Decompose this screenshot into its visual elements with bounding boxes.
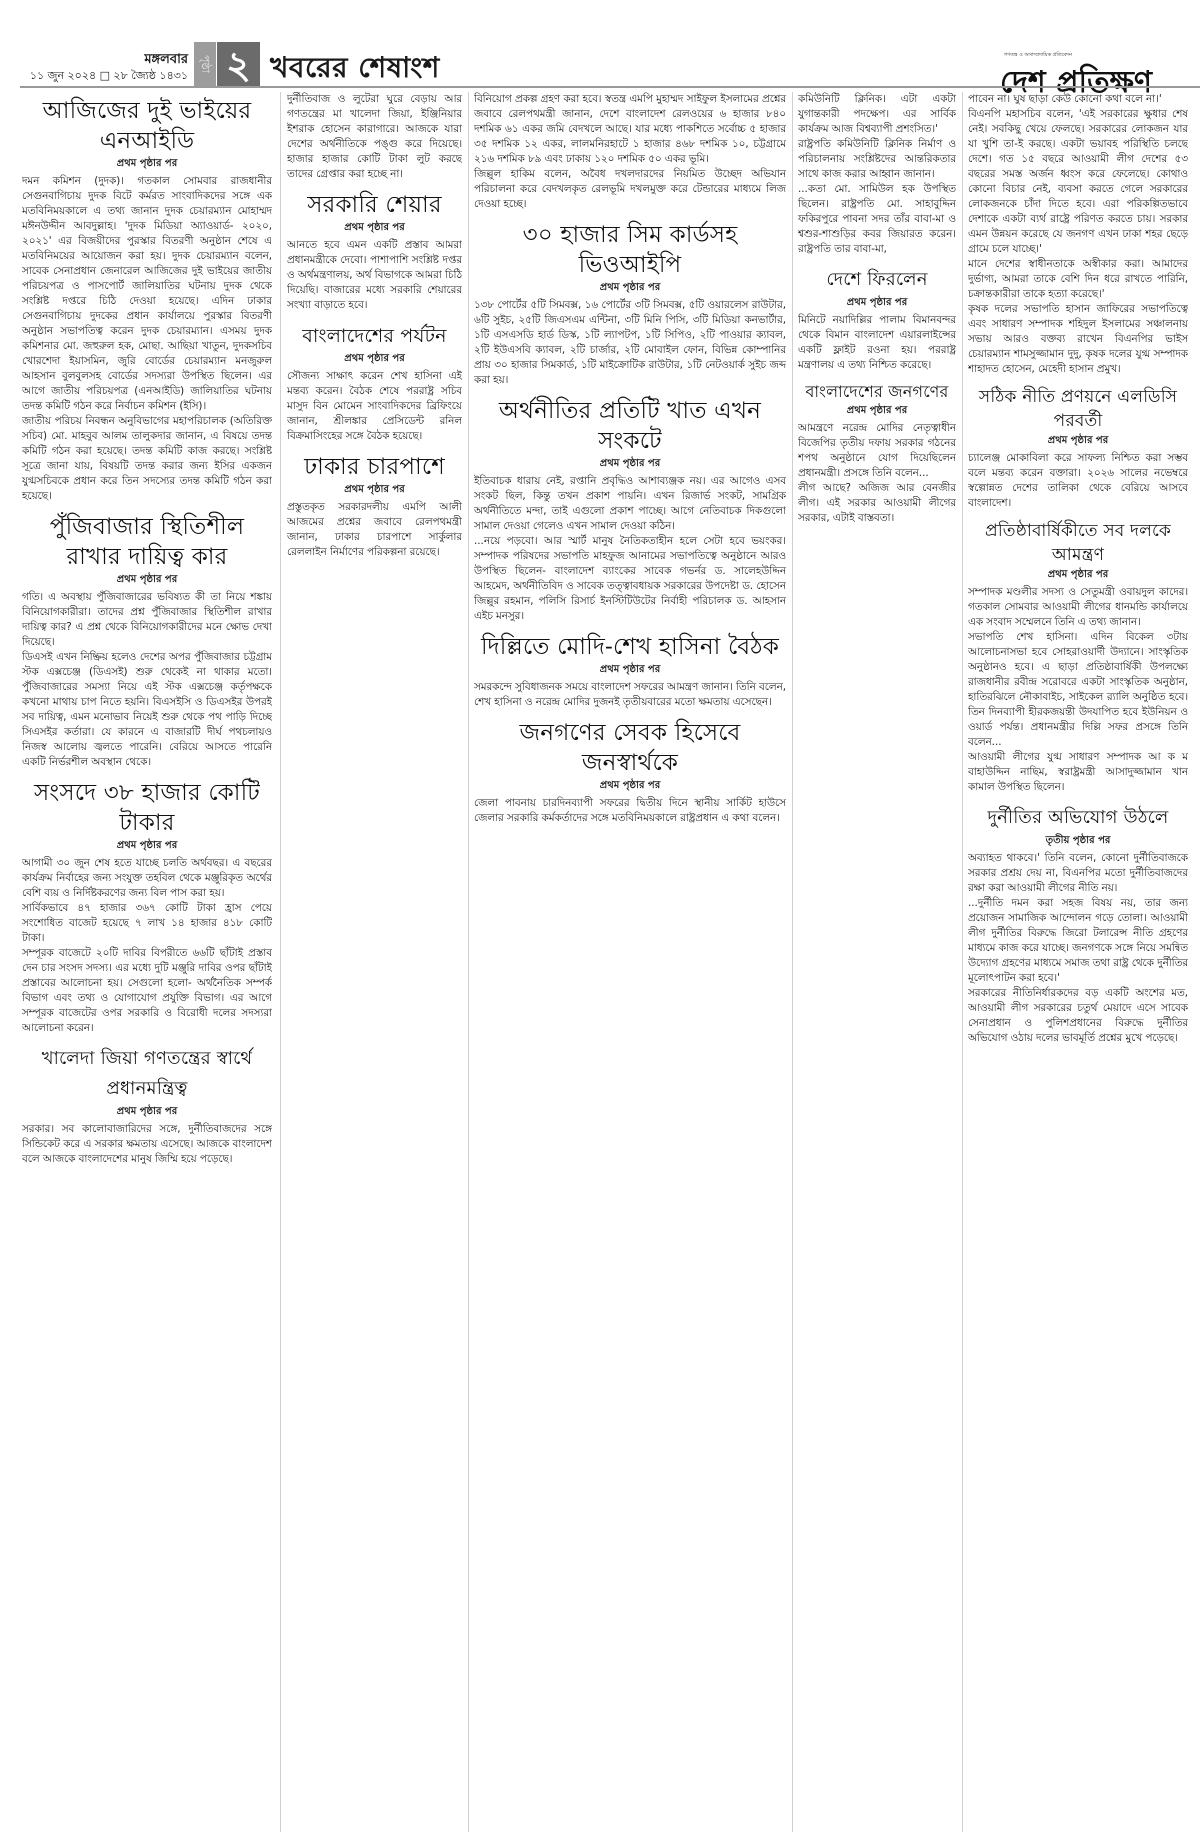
article-stock-market: পুঁজিবাজার স্থিতিশীল রাখার দায়িত্ব কার … xyxy=(22,512,272,770)
article-people-of-bd: বাংলাদেশের জনগণের প্রথম পৃষ্ঠার পর আমন্ত… xyxy=(798,381,956,526)
paragraph: প্রস্তুতকৃত সরকারদলীয় এমপি আলী আজমের প্… xyxy=(287,500,462,560)
continuation-note: প্রথম পৃষ্ঠার পর xyxy=(968,433,1188,448)
column-2: দুর্নীতিবাজ ও লুটেরা ঘুরে বেড়ায় আর গণত… xyxy=(287,92,462,1837)
continuation-note: প্রথম পৃষ্ঠার পর xyxy=(22,838,272,853)
paragraph: লীগ আছে? অজিজ আর বেনজীর লীগ। এই সরকার আও… xyxy=(798,481,956,526)
page-number: ২ xyxy=(217,42,260,86)
paragraph: ...নয়ে পড়বো। আর স্মার্ট মানুষ নৈতিকতাহ… xyxy=(474,534,786,624)
headline: বাংলাদেশের পর্যটন xyxy=(287,321,462,351)
headline: প্রতিষ্ঠাবার্ষিকীতে সব দলকে আমন্ত্রণ xyxy=(968,519,1188,567)
headline: সঠিক নীতি প্রণয়নে এলডিসি পরবর্তী xyxy=(968,385,1188,433)
headline: আজিজের দুই ভাইয়ের এনআইডি xyxy=(22,96,272,156)
paragraph: জেলা পাবনায় চারদিনব্যাপী সফরের দ্বিতীয়… xyxy=(474,796,786,826)
article-aziz-nid: আজিজের দুই ভাইয়ের এনআইডি প্রথম পৃষ্ঠার … xyxy=(22,96,272,504)
column-5: পাবেন না। ঘুষ ছাড়া কেউ কোনো কথা বলে না।… xyxy=(968,92,1188,1837)
continuation-note: তৃতীয় পৃষ্ঠার পর xyxy=(968,833,1188,848)
paragraph: চ্যালেঞ্জ মোকাবিলা করে সাফল্য নিশ্চিত কর… xyxy=(968,451,1188,511)
continuation-note: প্রথম পৃষ্ঠার পর xyxy=(22,156,272,171)
continuation-note: প্রথম পৃষ্ঠার পর xyxy=(798,403,956,418)
headline: জনগণের সেবক হিসেবে জনস্বার্থকে xyxy=(474,718,786,778)
headline: ৩০ হাজার সিম কার্ডসহ ভিওআইপি xyxy=(474,220,786,280)
article-dhaka-around: ঢাকার চারপাশে প্রথম পৃষ্ঠার পর প্রস্তুতক… xyxy=(287,452,462,560)
paragraph: আনতে হবে এমন একটি প্রস্তাব আমরা প্রধানমন… xyxy=(287,238,462,313)
paragraph: রাষ্ট্রপতি কমিউনিটি ক্লিনিক নির্মাণ ও পর… xyxy=(798,137,956,182)
date-label: ১১ জুন ২০২৪ □ ২৮ জ্যৈষ্ঠ ১৪৩১ xyxy=(30,67,188,86)
article-sim-voip: ৩০ হাজার সিম কার্ডসহ ভিওআইপি প্রথম পৃষ্ঠ… xyxy=(474,220,786,388)
continuation-note: প্রথম পৃষ্ঠার পর xyxy=(287,351,462,366)
headline: দুর্নীতির অভিযোগ উঠলে xyxy=(968,803,1188,833)
paragraph: ...দুর্নীতি দমন করা সহজ বিষয় নয়, তার জ… xyxy=(968,896,1188,986)
continuation-note: প্রথম পৃষ্ঠার পর xyxy=(474,662,786,677)
paragraph: সরকার। সব কালোবাজারিদের সঙ্গে, দুর্নীতিব… xyxy=(22,1122,272,1167)
paragraph: সার্বিকভাবে ৪৭ হাজার ৩৬৭ কোটি টাকা হ্রাস… xyxy=(22,901,272,946)
paragraph: পাবেন না। ঘুষ ছাড়া কেউ কোনো কথা বলে না।… xyxy=(968,92,1188,107)
column-divider xyxy=(962,92,963,1832)
article-corruption-allegation: দুর্নীতির অভিযোগ উঠলে তৃতীয় পৃষ্ঠার পর … xyxy=(968,803,1188,1046)
paragraph: ইতিবাচক ধারায় নেই, রপ্তানি প্রবৃদ্ধিও আ… xyxy=(474,474,786,534)
article-ldc-graduation: সঠিক নীতি প্রণয়নে এলডিসি পরবর্তী প্রথম … xyxy=(968,385,1188,511)
header-divider xyxy=(20,86,1200,88)
continuation-note: প্রথম পৃষ্ঠার পর xyxy=(474,778,786,793)
continuation-note: প্রথম পৃষ্ঠার পর xyxy=(22,1104,272,1119)
article-returned-home: দেশে ফিরলেন প্রথম পৃষ্ঠার পর মিনিটে নয়া… xyxy=(798,265,956,373)
continuation-note: প্রথম পৃষ্ঠার পর xyxy=(474,280,786,295)
article-economy-crisis: অর্থনীতির প্রতিটি খাত এখন সংকটে প্রথম পৃ… xyxy=(474,396,786,624)
paragraph: বিএনপি মহাসচিব বলেন, 'এই সরকারের ক্ষুধার… xyxy=(968,107,1188,257)
headline: বাংলাদেশের জনগণের xyxy=(798,381,956,403)
paragraph: সৌজন্য সাক্ষাৎ করেন শেখ হাসিনা এই মন্তব্… xyxy=(287,369,462,444)
paragraph: দমন কমিশন (দুদক)। গতকাল সোমবার রাজধানীর … xyxy=(22,174,272,414)
article-modi-hasina: দিল্লিতে মোদি-শেখ হাসিনা বৈঠক প্রথম পৃষ্… xyxy=(474,632,786,710)
paragraph: বিনিয়োগ প্রকল্প গ্রহণ করা হবে। স্বতন্ত্… xyxy=(474,92,786,167)
column-divider xyxy=(280,92,281,1832)
headline: দেশে ফিরলেন xyxy=(798,265,956,295)
headline: সরকারি শেয়ার xyxy=(287,190,462,220)
headline: দিল্লিতে মোদি-শেখ হাসিনা বৈঠক xyxy=(474,632,786,662)
paragraph: অব্যাহত থাকবে।' তিনি বলেন, কোনো দুর্নীতি… xyxy=(968,851,1188,896)
paragraph: দুর্নীতিবাজ ও লুটেরা ঘুরে বেড়ায় আর গণত… xyxy=(287,92,462,182)
paragraph: গতি। এ অবস্থায় পুঁজিবাজারের ভবিষ্যত কী … xyxy=(22,590,272,650)
paragraph: ডিএসই এখন নিষ্ক্রিয় হলেও দেশের অপর পুঁজ… xyxy=(22,650,272,770)
column-4: কমিউনিটি ক্লিনিক। এটা একটা যুগান্তকারী প… xyxy=(798,92,956,1837)
paragraph: ...কতা মো. সামিউল হক উপস্থিত ছিলেন। রাষ্… xyxy=(798,182,956,257)
continuation-note: প্রথম পৃষ্ঠার পর xyxy=(968,567,1188,582)
article-public-servant: জনগণের সেবক হিসেবে জনস্বার্থকে প্রথম পৃষ… xyxy=(474,718,786,826)
column-divider xyxy=(468,92,469,1832)
paragraph: সমরকন্দে সুবিধাজনক সময়ে বাংলাদেশ সফরের … xyxy=(474,680,786,710)
paragraph: মানে দেশের স্বাধীনতাকে অস্বীকার করা। আমা… xyxy=(968,257,1188,302)
paragraph: আওয়ামী লীগের যুগ্ম সাধারণ সম্পাদক আ ক ম… xyxy=(968,750,1188,795)
headline: পুঁজিবাজার স্থিতিশীল রাখার দায়িত্ব কার xyxy=(22,512,272,572)
headline: সংসদে ৩৮ হাজার কোটি টাকার xyxy=(22,778,272,838)
article-govt-share: সরকারি শেয়ার প্রথম পৃষ্ঠার পর আনতে হবে … xyxy=(287,190,462,313)
paragraph: আমন্ত্রণে নরেন্দ্র মোদির নেতৃত্বাধীন বিজ… xyxy=(798,421,956,481)
paragraph: জাতীয় পরিচয় নিবন্ধন অনুবিভাগের মহাপরিচ… xyxy=(22,414,272,504)
continuation-note: প্রথম পৃষ্ঠার পর xyxy=(287,482,462,497)
paragraph: আগামী ৩০ জুন শেষ হতে যাচ্ছে চলতি অর্থবছর… xyxy=(22,856,272,901)
paragraph: সম্পাদক মণ্ডলীর সদস্য ও সেতুমন্ত্রী ওবায… xyxy=(968,585,1188,630)
page-label: পৃষ্ঠা xyxy=(194,42,216,86)
continuation-note: প্রথম পৃষ্ঠার পর xyxy=(798,295,956,310)
column-1: আজিজের দুই ভাইয়ের এনআইডি প্রথম পৃষ্ঠার … xyxy=(22,92,272,1837)
article-anniversary-invite: প্রতিষ্ঠাবার্ষিকীতে সব দলকে আমন্ত্রণ প্র… xyxy=(968,519,1188,795)
continuation-note: প্রথম পৃষ্ঠার পর xyxy=(287,220,462,235)
headline: ঢাকার চারপাশে xyxy=(287,452,462,482)
paragraph: সম্পূরক বাজেটে ২০টি দাবির বিপরীতে ৬৬টি ছ… xyxy=(22,946,272,1036)
continuation-note: প্রথম পৃষ্ঠার পর xyxy=(22,572,272,587)
masthead: মঙ্গলবার ১১ জুন ২০২৪ □ ২৮ জ্যৈষ্ঠ ১৪৩১ প… xyxy=(0,0,1200,70)
paragraph: জিল্লুল হাকিম বলেন, অবৈধ দখলদারদের নিয়ম… xyxy=(474,167,786,212)
headline: অর্থনীতির প্রতিটি খাত এখন সংকটে xyxy=(474,396,786,456)
article-khaleda: খালেদা জিয়া গণতন্ত্রের স্বার্থে প্রধানম… xyxy=(22,1044,272,1167)
paragraph: ১৩৮ পোর্টের ৫টি সিমবক্স, ১৬ পোর্টের ৩টি … xyxy=(474,298,786,388)
paragraph: সভাপতি শেখ হাসিনা। এদিন বিকেল ৩টায় আলোচ… xyxy=(968,630,1188,750)
paragraph: সরকারের নীতিনির্ধারকদের বড় একটি অংশের ম… xyxy=(968,986,1188,1046)
column-divider xyxy=(792,92,793,1832)
paragraph: কমিউনিটি ক্লিনিক। এটা একটা যুগান্তকারী প… xyxy=(798,92,956,137)
article-parliament-38k: সংসদে ৩৮ হাজার কোটি টাকার প্রথম পৃষ্ঠার … xyxy=(22,778,272,1036)
headline: খালেদা জিয়া গণতন্ত্রের স্বার্থে প্রধানম… xyxy=(22,1044,272,1104)
article-bd-tourism: বাংলাদেশের পর্যটন প্রথম পৃষ্ঠার পর সৌজন্… xyxy=(287,321,462,444)
paragraph: কৃষক দলের সভাপতি হাসান জাফিরের সভাপতিত্ব… xyxy=(968,302,1188,377)
paragraph: মিনিটে নয়াদিল্লির পালাম বিমানবন্দর থেকে… xyxy=(798,313,956,373)
continuation-note: প্রথম পৃষ্ঠার পর xyxy=(474,456,786,471)
column-3: বিনিয়োগ প্রকল্প গ্রহণ করা হবে। স্বতন্ত্… xyxy=(474,92,786,1837)
